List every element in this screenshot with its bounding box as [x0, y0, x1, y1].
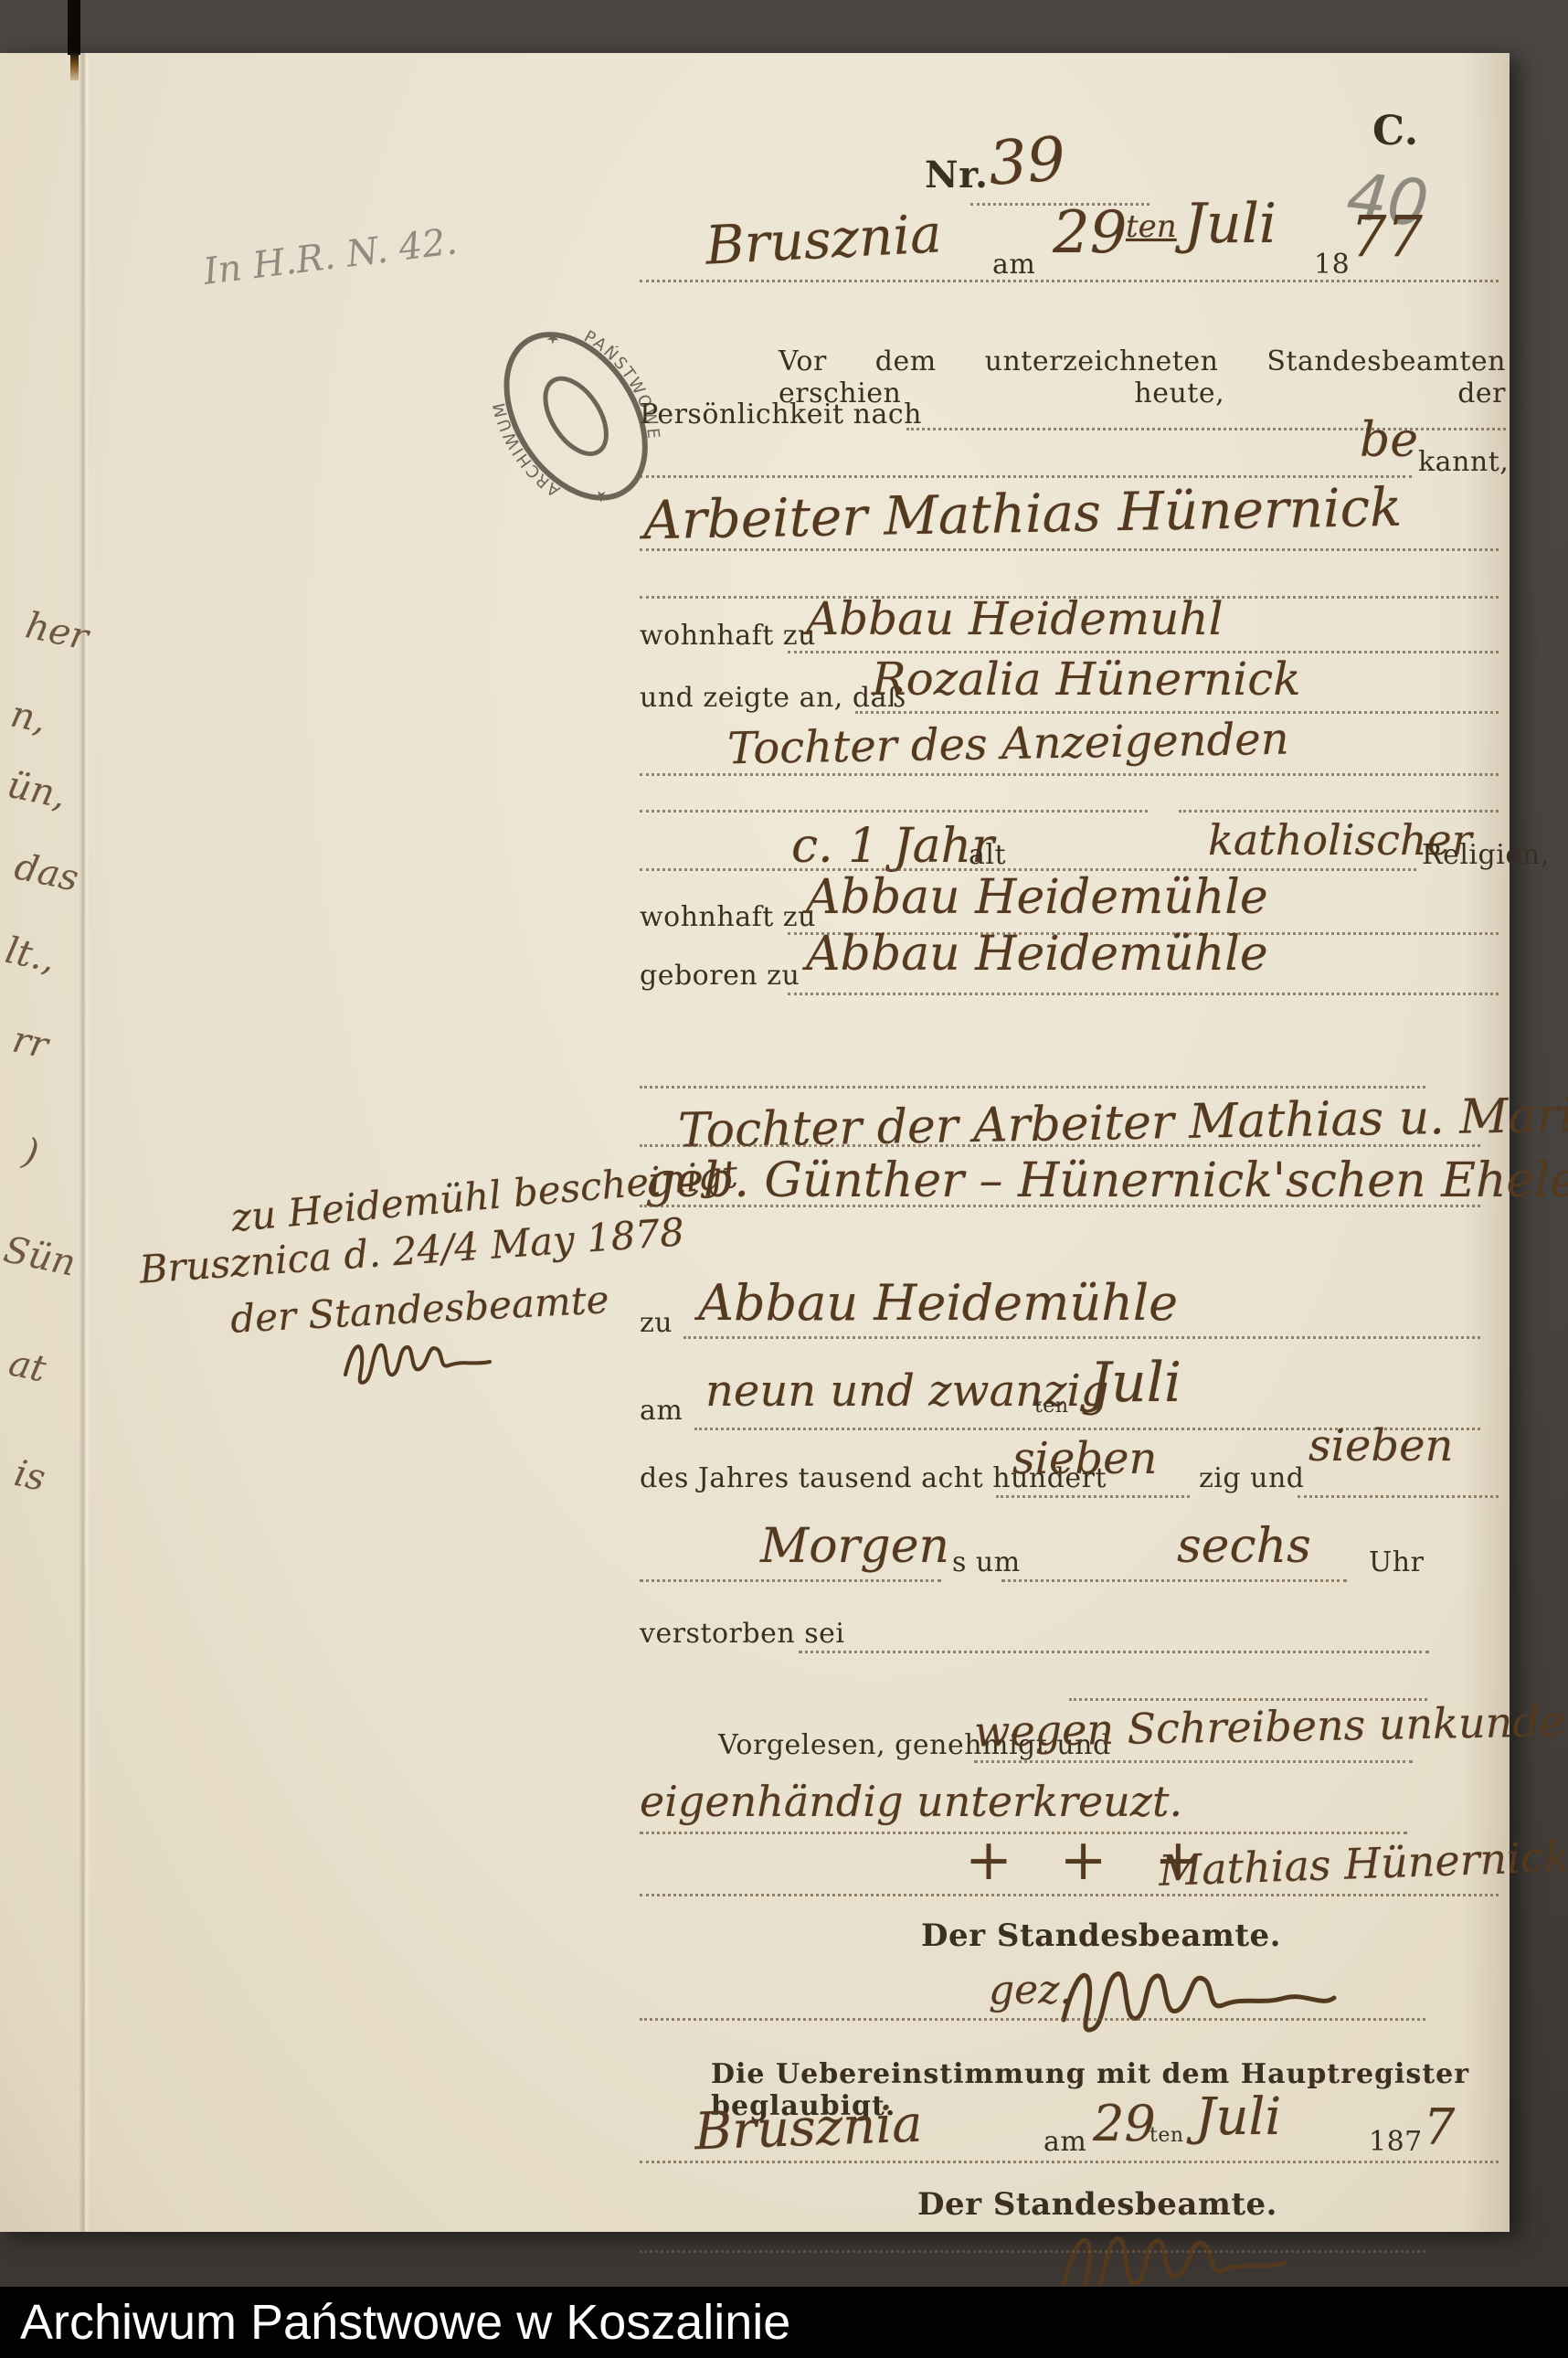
- read-approved-handwritten2: eigenhändig unterkreuzt.: [640, 1777, 1182, 1826]
- declarant-name: Arbeiter Mathias Hünernick: [642, 476, 1402, 551]
- certification-year: 7: [1424, 2098, 1455, 2156]
- dateline-place: Brusznia: [704, 202, 943, 276]
- resident2-label: wohnhaft zu: [640, 901, 816, 933]
- certification-century: 187: [1369, 2126, 1423, 2158]
- page-fold-crease: [79, 53, 90, 2232]
- record-number-label: Nr.: [925, 154, 988, 196]
- dateline-day: 29: [1053, 199, 1127, 267]
- archive-footer-bar: Archiwum Państwowe w Koszalinie: [0, 2287, 1568, 2358]
- known-handwritten: be: [1360, 413, 1418, 468]
- certification-am-label: am: [1044, 2126, 1086, 2158]
- death-place-label: zu: [640, 1307, 673, 1339]
- known-printed: kannt,: [1418, 446, 1509, 478]
- certification-month: Juli: [1195, 2087, 1281, 2147]
- margin-note-signature: [336, 1327, 519, 1391]
- death-month-value: Juli: [1089, 1351, 1181, 1415]
- resident-label: wohnhaft zu: [640, 620, 816, 652]
- born-value: Abbau Heidemühle: [806, 927, 1268, 982]
- death-place-value: Abbau Heidemühle: [698, 1274, 1178, 1332]
- relation-line: Tochter des Anzeigenden: [727, 714, 1290, 775]
- religion-label: Religion,: [1422, 839, 1550, 871]
- reported-value: Rozalia Hünernick: [872, 653, 1301, 706]
- death-year-mid-label: zig und: [1199, 1462, 1305, 1494]
- death-year-tens: sieben: [1012, 1433, 1157, 1484]
- registrar-signature: [1051, 1945, 1343, 2045]
- archival-scan: her n, ün, das lt., rr ) Sün at is In H.…: [0, 0, 1568, 2358]
- corner-letter: C.: [1372, 108, 1419, 154]
- resident-value: Abbau Heidemuhl: [806, 592, 1224, 645]
- death-year-ones: sieben: [1308, 1420, 1453, 1471]
- resident2-value: Abbau Heidemühle: [806, 870, 1268, 925]
- stamp-star-icon: ★: [543, 327, 565, 350]
- read-approved-handwritten1: wegen Schreibens unkunde: [974, 1696, 1565, 1756]
- death-time-period: Morgen: [760, 1519, 949, 1574]
- age-label: alt: [969, 839, 1006, 871]
- archive-footer-text: Archiwum Państwowe w Koszalinie: [0, 2287, 1568, 2358]
- certification-day-suffix: ten: [1150, 2124, 1184, 2147]
- record-number-value: 39: [986, 123, 1067, 199]
- age-value: c. 1 Jahr: [791, 819, 994, 874]
- death-day-suffix: ten: [1034, 1395, 1069, 1418]
- binding-thread: [68, 0, 80, 55]
- dateline-year: 77: [1351, 203, 1423, 270]
- stamp-star-icon: ★: [590, 485, 612, 508]
- death-time-mid-label: s um: [952, 1546, 1021, 1578]
- deceased-line: verstorben sei: [640, 1618, 844, 1650]
- dateline-month: Juli: [1184, 192, 1277, 256]
- born-label: geboren zu: [640, 960, 800, 992]
- death-time-unit-label: Uhr: [1369, 1546, 1424, 1578]
- certification-place: Brusznia: [694, 2095, 924, 2162]
- dateline-century: 18: [1314, 249, 1350, 281]
- dateline-am-label: am: [992, 249, 1035, 281]
- form-intro-line2: Persönlichkeit nach: [640, 398, 922, 430]
- binding-thread-tip: [70, 53, 79, 80]
- reported-label: und zeigte an, daß: [640, 682, 906, 714]
- death-time-hour: sechs: [1177, 1519, 1311, 1574]
- dateline-day-suffix: ten: [1126, 208, 1177, 245]
- death-day-label: am: [640, 1395, 683, 1427]
- certification-day: 29: [1093, 2095, 1156, 2152]
- parents-line2: geb. Günther – Hünernick'schen Eheleute: [645, 1153, 1568, 1208]
